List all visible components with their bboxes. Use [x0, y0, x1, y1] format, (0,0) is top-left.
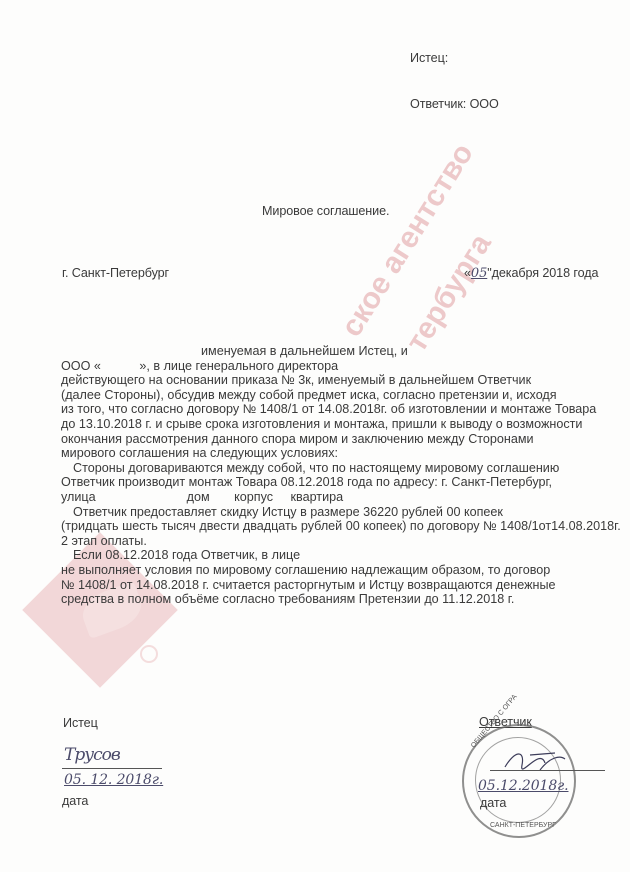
watermark-line-2: тербурга — [400, 228, 499, 358]
body-line: (тридцать шесть тысяч двести двадцать ру… — [61, 519, 621, 534]
document-title: Мировое соглашение. — [262, 204, 389, 218]
date-day-handwritten: 05 — [471, 266, 487, 281]
body-line: № 1408/1 от 14.08.2018 г. считается раст… — [61, 578, 621, 593]
date-rest: "декабря 2018 года — [487, 266, 598, 280]
plaintiff-date-handwritten: 05. 12. 2018г. — [64, 772, 163, 788]
body-line: из того, что согласно договору № 1408/1 … — [61, 402, 621, 417]
body-line: Если 08.12.2018 года Ответчик, в лице — [61, 548, 621, 563]
body-line: не выполняет условия по мировому соглаше… — [61, 563, 621, 578]
body-line: 2 этап оплаты. — [61, 534, 621, 549]
plaintiff-signature: Трусов — [64, 745, 120, 765]
date-open-quote: « — [464, 266, 471, 280]
plaintiff-signature-label: Истец — [63, 716, 98, 730]
document-date: «05"декабря 2018 года — [464, 266, 598, 281]
stamp-bottom-text: САНКТ-ПЕТЕРБУРГ — [490, 822, 556, 829]
body-line: Ответчик предоставляет скидку Истцу в ра… — [61, 505, 621, 520]
plaintiff-date-label: дата — [62, 794, 88, 808]
body-line: средства в полном объёме согласно требов… — [61, 592, 621, 607]
body-line: действующего на основании приказа № 3к, … — [61, 373, 621, 388]
body-line: окончания рассмотрения данного спора мир… — [61, 432, 621, 447]
defendant-date-handwritten: 05.12.2018г. — [478, 778, 568, 794]
agreement-body: именуемая в дальнейшем Истец, и ООО « »,… — [61, 344, 621, 607]
document-page: ское агентство тербурга Истец: Ответчик:… — [0, 0, 630, 872]
plaintiff-header: Истец: — [410, 51, 448, 65]
body-line: до 13.10.2018 г. и срыве срока изготовле… — [61, 417, 621, 432]
body-line: именуемая в дальнейшем Истец, и — [61, 344, 621, 359]
body-line: Стороны договариваются между собой, что … — [61, 461, 621, 476]
defendant-header: Ответчик: ООО — [410, 97, 499, 111]
defendant-signature-line — [490, 770, 605, 771]
defendant-date-label: дата — [480, 796, 506, 810]
body-line: (далее Стороны), обсудив между собой пре… — [61, 388, 621, 403]
body-line: мирового соглашения на следующих условия… — [61, 446, 621, 461]
watermark-line-1: ское агентство — [335, 138, 481, 343]
place: г. Санкт-Петербург — [62, 266, 169, 280]
plaintiff-signature-line — [62, 768, 162, 769]
copyright-icon — [140, 645, 158, 663]
body-line: улица дом корпус квартира — [61, 490, 621, 505]
body-line: ООО « », в лице генерального директора — [61, 359, 621, 374]
body-line: Ответчик производит монтаж Товара 08.12.… — [61, 475, 621, 490]
